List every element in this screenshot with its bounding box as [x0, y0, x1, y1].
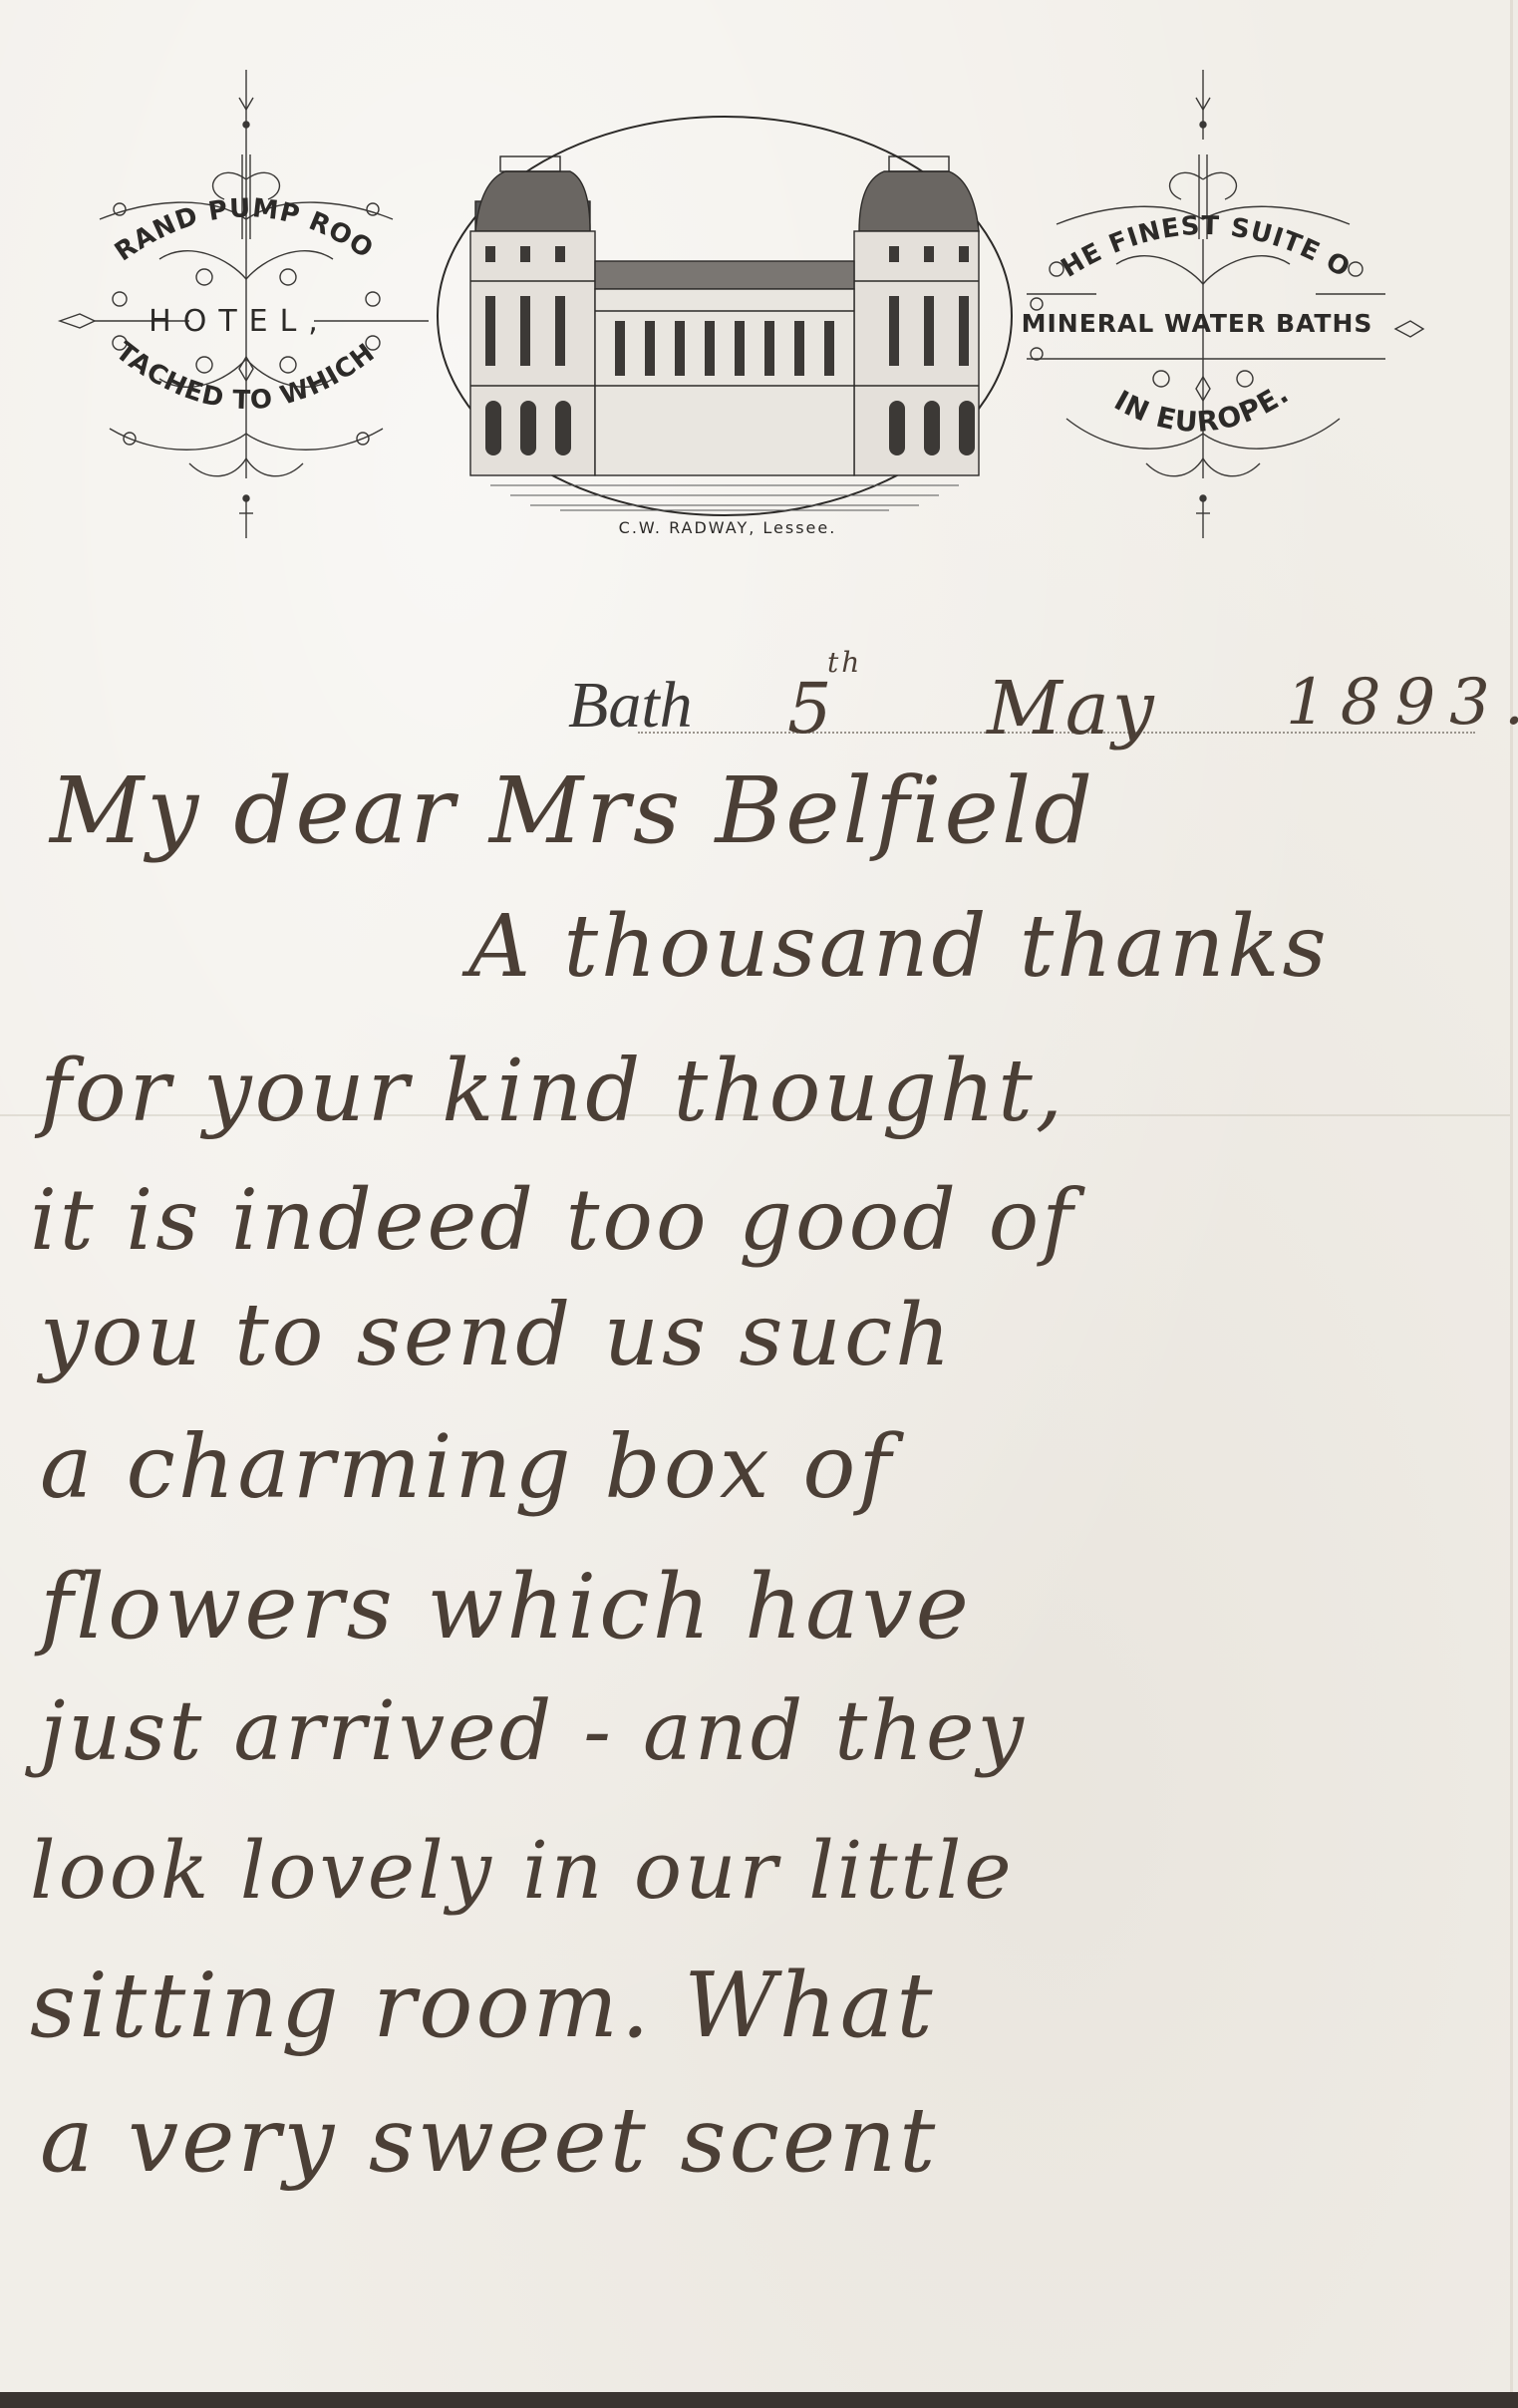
right-crest-top-arc: THE FINEST SUITE OF: [997, 60, 1356, 284]
letter-line-4: you to send us such: [40, 1286, 954, 1385]
ornament-scrollwork-icon: THE FINEST SUITE OF IN EUROPE.: [997, 60, 1425, 548]
left-crest: GRAND PUMP ROOM ATTACHED TO WHICH IS HOT…: [40, 60, 439, 548]
letter-line-8: look lovely in our little: [30, 1824, 1015, 1917]
date-place: Bath: [568, 669, 693, 742]
date-year: 1893.: [1286, 666, 1518, 740]
letter-line-1: A thousand thanks: [468, 897, 1330, 997]
hotel-engraving-illustration: [431, 112, 1019, 520]
letter-line-10: a very sweet scent: [40, 2088, 938, 2193]
letter-line-9: sitting room. What: [30, 1954, 936, 2058]
letter-line-6: flowers which have: [40, 1555, 972, 1659]
date-month: May: [987, 666, 1157, 752]
right-crest: THE FINEST SUITE OF IN EUROPE. MINERAL W…: [997, 60, 1425, 548]
dateline: Bath: [568, 668, 693, 744]
letter-page: GRAND PUMP ROOM ATTACHED TO WHICH IS HOT…: [0, 0, 1513, 2392]
left-crest-center: HOTEL,: [40, 304, 439, 339]
date-day-suffix: th: [827, 646, 862, 679]
lessee-caption: C.W. RADWAY, Lessee.: [558, 518, 897, 537]
letter-line-3: it is indeed too good of: [30, 1171, 1075, 1269]
page-bottom-edge: [0, 2392, 1518, 2408]
salutation: My dear Mrs Belfield: [50, 757, 1095, 864]
left-crest-top-arc: GRAND PUMP ROOM: [40, 60, 379, 267]
right-crest-bottom-arc: IN EUROPE.: [1109, 377, 1296, 439]
date-day: 5: [787, 668, 835, 750]
letter-line-7: just arrived - and they: [40, 1684, 1027, 1779]
letter-line-5: a charming box of: [40, 1415, 894, 1518]
letter-line-2: for your kind thought,: [40, 1042, 1065, 1141]
right-crest-center: MINERAL WATER BATHS: [983, 309, 1411, 338]
